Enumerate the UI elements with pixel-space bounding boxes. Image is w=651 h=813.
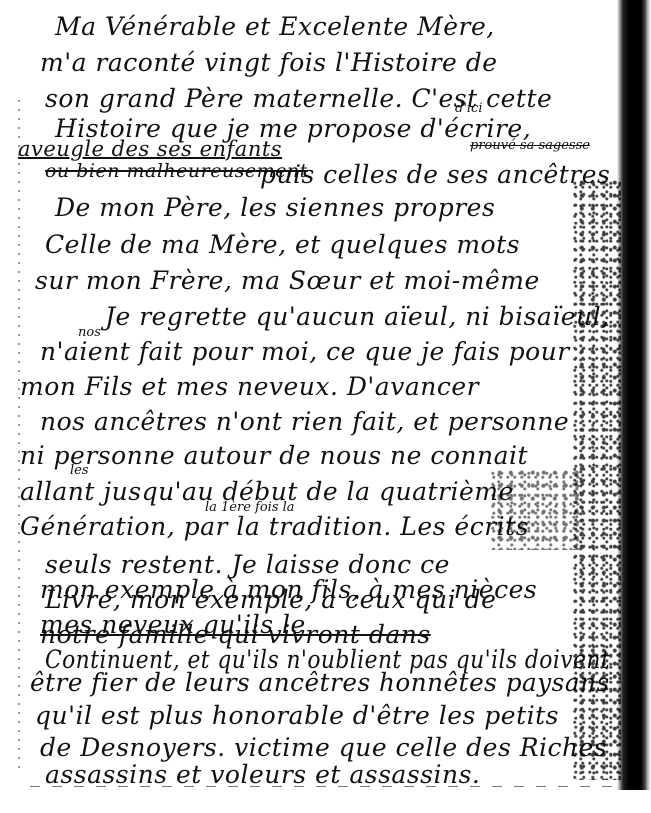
- page-bottom-edge: [30, 786, 620, 787]
- manuscript-line-11: Je regrette qu'aucun aïeul, ni bisaïeul,: [105, 302, 610, 331]
- manuscript-line-5: aveugle des ses enfants: [18, 137, 282, 161]
- manuscript-line-12: n'aient fait pour moi, ce que je fais po…: [40, 337, 570, 366]
- manuscript-page: Ma Vénérable et Excelente Mère,m'a racon…: [0, 0, 651, 790]
- scan-noise-middle: [491, 470, 581, 550]
- manuscript-line-13: mon Fils et mes neveux. D'avancer: [20, 372, 479, 401]
- interlinear-insertion: la 1ère fois la: [205, 500, 295, 515]
- manuscript-line-tail-4: assassins et voleurs et assassins.: [45, 760, 480, 789]
- book-binding-edge: [617, 0, 651, 790]
- manuscript-line-2: m'a raconté vingt fois l'Histoire de: [40, 48, 498, 77]
- manuscript-line-21: mon exemple à mon fils, à mes nièces: [40, 575, 537, 604]
- page-left-margin-speckle: [18, 100, 20, 770]
- manuscript-line-17: Génération, par la tradition. Les écrits: [20, 512, 529, 541]
- manuscript-line-tail-2: qu'il est plus honorable d'être les peti…: [35, 701, 559, 730]
- interlinear-insertion: nos: [78, 325, 101, 340]
- interlinear-insertion: d'ici: [455, 101, 483, 116]
- manuscript-line-9: Celle de ma Mère, et quelques mots: [45, 230, 520, 259]
- manuscript-line-15: ni personne autour de nous ne connait: [20, 441, 528, 470]
- manuscript-line-14: nos ancêtres n'ont rien fait, et personn…: [40, 407, 569, 436]
- manuscript-line-tail-1: être fier de leurs ancêtres honnêtes pay…: [30, 668, 610, 697]
- manuscript-line-7: puis celles de ses ancêtres: [260, 160, 610, 189]
- manuscript-line-1: Ma Vénérable et Excelente Mère,: [55, 12, 495, 41]
- interlinear-insertion: les: [70, 463, 89, 478]
- manuscript-line-tail-3: de Desnoyers. victime que celle des Rich…: [40, 733, 607, 762]
- manuscript-line-8: De mon Père, les siennes propres: [55, 193, 495, 222]
- struck-insertion: prouvé sa sagesse: [470, 138, 590, 153]
- manuscript-line-22: mes neveux qu'ils le: [40, 610, 306, 639]
- manuscript-line-10: sur mon Frère, ma Sœur et moi-même: [35, 266, 540, 295]
